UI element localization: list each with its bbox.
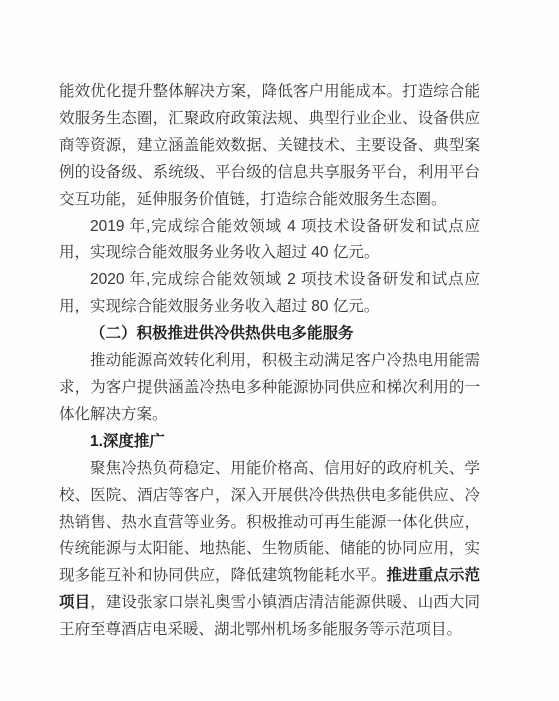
document-page: 能效优化提升整体解决方案，降低客户用能成本。打造综合能效服务生态圈，汇聚政府政策… [0, 0, 559, 701]
text-run: 2020 年,完成综合能效领域 2 项技术设备研发和试点应用，实现综合能效服务业… [59, 271, 480, 315]
paragraph: 能效优化提升整体解决方案，降低客户用能成本。打造综合能效服务生态圈，汇聚政府政策… [59, 79, 480, 214]
bold-text-run: （二）积极推进供冷供热供电多能服务 [90, 325, 354, 342]
text-run: 能效优化提升整体解决方案，降低客户用能成本。打造综合能效服务生态圈，汇聚政府政策… [59, 83, 480, 208]
text-run: 2019 年,完成综合能效领域 4 项技术设备研发和试点应用，实现综合能效服务业… [59, 218, 480, 262]
paragraph: 2019 年,完成综合能效领域 4 项技术设备研发和试点应用，实现综合能效服务业… [59, 214, 480, 268]
heading: 1.深度推广 [59, 429, 480, 456]
text-run: 聚焦冷热负荷稳定、用能价格高、信用好的政府机关、学校、医院、酒店等客户，深入开展… [59, 460, 480, 585]
paragraph: 聚焦冷热负荷稳定、用能价格高、信用好的政府机关、学校、医院、酒店等客户，深入开展… [59, 456, 480, 644]
text-run: 推动能源高效转化利用，积极主动满足客户冷热电用能需求，为客户提供涵盖冷热电多种能… [59, 352, 480, 423]
heading: （二）积极推进供冷供热供电多能服务 [59, 321, 480, 348]
bold-text-run: 1.深度推广 [90, 433, 165, 450]
document-body: 能效优化提升整体解决方案，降低客户用能成本。打造综合能效服务生态圈，汇聚政府政策… [59, 79, 480, 644]
text-run: ，建设张家口崇礼奥雪小镇酒店清洁能源供暖、山西大同王府至尊酒店电采暖、湖北鄂州机… [59, 594, 480, 638]
paragraph: 2020 年,完成综合能效领域 2 项技术设备研发和试点应用，实现综合能效服务业… [59, 267, 480, 321]
paragraph: 推动能源高效转化利用，积极主动满足客户冷热电用能需求，为客户提供涵盖冷热电多种能… [59, 348, 480, 429]
